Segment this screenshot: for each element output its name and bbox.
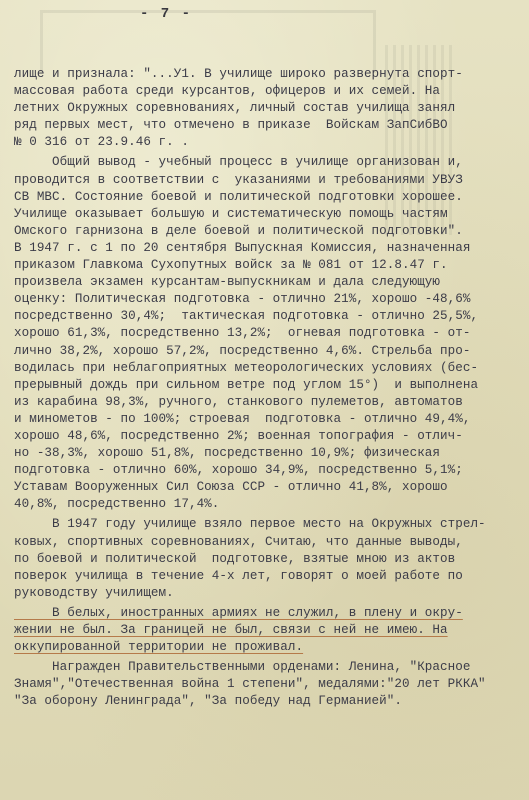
- text-line: "За оборону Ленинграда", "За победу над …: [14, 693, 529, 710]
- text-line: оценку: Политическая подготовка - отличн…: [14, 291, 529, 308]
- text-line: массовая работа среди курсантов, офицеро…: [14, 83, 529, 100]
- text-line: руководству училищем.: [14, 585, 529, 602]
- text-line: В белых, иностранных армиях не служил, в…: [14, 605, 529, 622]
- text-line: но -38,3%, хорошо 51,8%, посредственно 1…: [14, 445, 529, 462]
- text-line: Училище оказывает большую и систематичес…: [14, 206, 529, 223]
- text-line: Уставам Вооруженных Сил Союза ССР - отли…: [14, 479, 529, 496]
- text-line: прерывный дождь при сильном ветре под уг…: [14, 377, 529, 394]
- text-line: приказом Главкома Сухопутных войск за № …: [14, 257, 529, 274]
- text-line: жении не был. За границей не был, связи …: [14, 622, 529, 639]
- text-line: 40,8%, посредственно 17,4%.: [14, 496, 529, 513]
- page-number: - 7 -: [140, 6, 192, 22]
- text-line: Награжден Правительственными орденами: Л…: [14, 659, 529, 676]
- text-line: оккупированной территории не проживал.: [14, 639, 529, 656]
- text-line: лично 38,2%, хорошо 57,2%, посредственно…: [14, 343, 529, 360]
- text-line: № 0 316 от 23.9.46 г. .: [14, 134, 529, 151]
- text-line: по боевой и политической подготовке, взя…: [14, 551, 529, 568]
- text-line: и минометов - по 100%; строевая подготов…: [14, 411, 529, 428]
- text-line: водилась при неблагоприятных метеорологи…: [14, 360, 529, 377]
- text-line: подготовка - отлично 60%, хорошо 34,9%, …: [14, 462, 529, 479]
- text-line: хорошо 61,3%, посредственно 13,2%; огнев…: [14, 325, 529, 342]
- text-line: Знамя","Отечественная война 1 степени", …: [14, 676, 529, 693]
- text-line: В 1947 году училище взяло первое место н…: [14, 516, 529, 533]
- text-line: хорошо 48,6%, посредственно 2%; военная …: [14, 428, 529, 445]
- background-watermark-frame: [40, 10, 376, 73]
- text-line: ряд первых мест, что отмечено в приказе …: [14, 117, 529, 134]
- text-line: произвела экзамен курсантам-выпускникам …: [14, 274, 529, 291]
- text-line: поверок училища в течение 4-х лет, говор…: [14, 568, 529, 585]
- text-line: посредственно 30,4%; тактическая подгото…: [14, 308, 529, 325]
- document-body: лище и признала: "...У1. В училище широк…: [14, 66, 529, 710]
- text-line: Омского гарнизона в деле боевой и полити…: [14, 223, 529, 240]
- text-line: лище и признала: "...У1. В училище широк…: [14, 66, 529, 83]
- text-line: ковых, спортивных соревнованиях, Считаю,…: [14, 534, 529, 551]
- text-line: проводится в соответствии с указаниями и…: [14, 172, 529, 189]
- text-line: Общий вывод - учебный процесс в училище …: [14, 154, 529, 171]
- text-line: из карабина 98,3%, ручного, станкового п…: [14, 394, 529, 411]
- text-line: В 1947 г. с 1 по 20 сентября Выпускная К…: [14, 240, 529, 257]
- text-line: СВ МВС. Состояние боевой и политической …: [14, 189, 529, 206]
- text-line: летних Окружных соревнованиях, личный со…: [14, 100, 529, 117]
